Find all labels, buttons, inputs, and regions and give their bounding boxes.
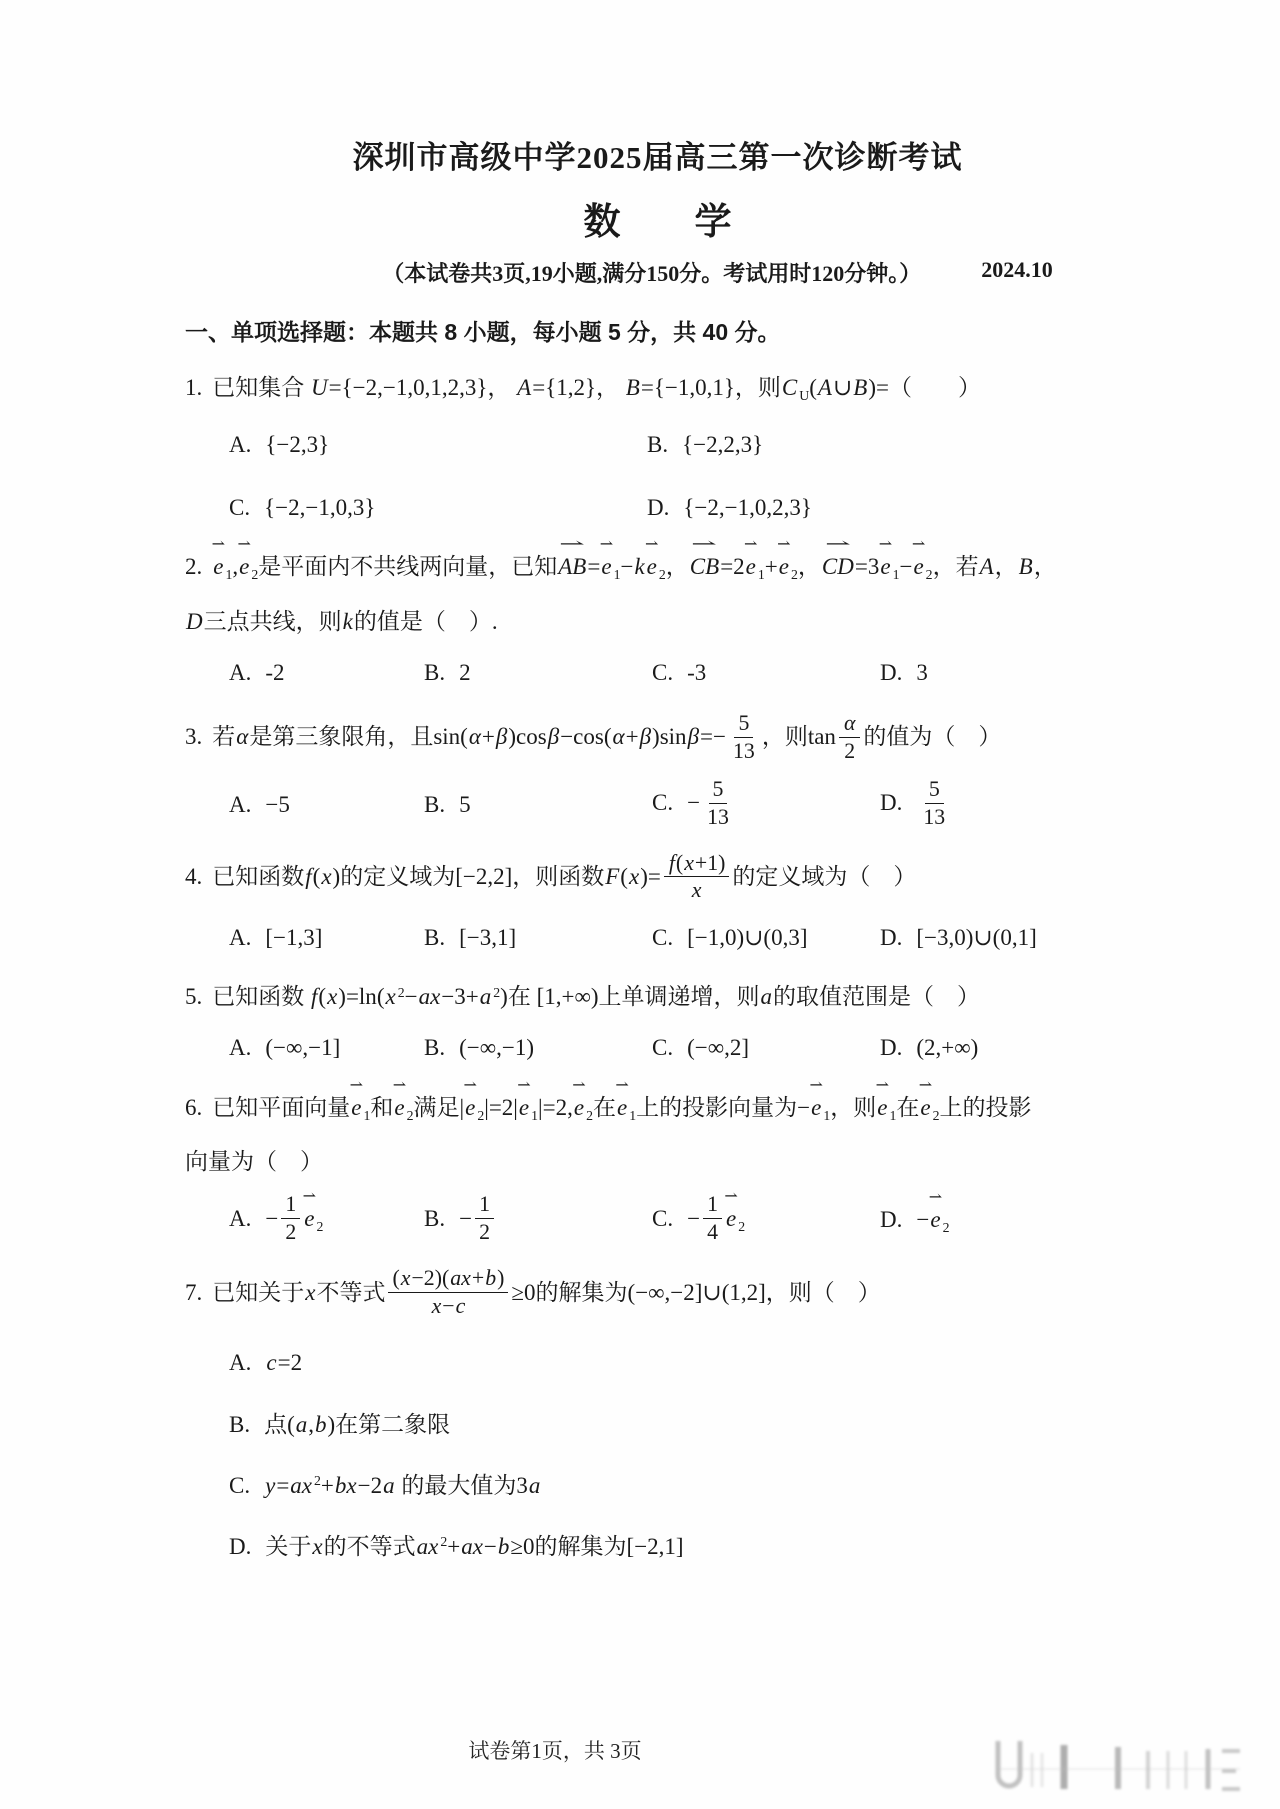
option-value: −12⇀e2 <box>265 1206 323 1231</box>
option-label: A. <box>229 1035 251 1060</box>
question-number: 2. <box>185 554 202 579</box>
question-stem-text: 若α是第三象限角，且sin(α+β)cosβ−cos(α+β)sinβ=−513… <box>212 724 1001 749</box>
question-4-option-c: C.[−1,0)∪(0,3] <box>652 919 880 956</box>
question-7-option-a: A.c=2 <box>229 1344 1130 1381</box>
question-stem-text: 已知函数f(x)的定义域为[−2,2]，则函数F(x)=f(x+1)x的定义域为… <box>212 864 916 889</box>
option-label: C. <box>652 660 673 685</box>
question-3-option-c: C.−513 <box>652 779 880 831</box>
option-label: D. <box>880 1207 902 1232</box>
option-value: −⇀e2 <box>916 1207 949 1232</box>
question-1-option-b: B.{−2,2,3} <box>647 426 1130 463</box>
question-stem-text: 已知集合 U={−2,−1,0,1,2,3}， A={1,2}， B={−1,0… <box>212 375 981 400</box>
question-1-option-a: A.{−2,3} <box>229 426 647 463</box>
option-label: B. <box>424 792 445 817</box>
question-5-stem: 5.已知函数 f(x)=ln(x2−ax−3+a2)在 [1,+∞)上单调递增，… <box>185 978 1130 1015</box>
question-2-options: A.-2 B.2 C.-3 D.3 <box>229 654 1130 691</box>
question-5-option-a: A.(−∞,−1] <box>229 1029 424 1066</box>
section-heading: 一、单项选择题：本题共 8 小题，每小题 5 分，共 40 分。 <box>185 314 1130 347</box>
option-label: C. <box>652 1035 673 1060</box>
option-value: [−3,0)∪(0,1] <box>916 925 1036 950</box>
option-label: B. <box>229 1412 250 1437</box>
option-label: D. <box>880 925 902 950</box>
page-title: 深圳市高级中学2025届高三第一次诊断考试 <box>185 0 1130 177</box>
question-2-stem: 2.⇀e1,⇀e2是平面内不共线两向量，已知⇀AB=⇀e1−k⇀e2，⇀CB=2… <box>185 548 1130 587</box>
question-number: 3. <box>185 724 202 749</box>
question-1-stem: 1.已知集合 U={−2,−1,0,1,2,3}， A={1,2}， B={−1… <box>185 369 1130 408</box>
option-value: {−2,2,3} <box>682 432 763 457</box>
option-value: -3 <box>687 660 706 685</box>
option-label: D. <box>229 1534 251 1559</box>
option-label: B. <box>424 660 445 685</box>
option-value: 3 <box>916 660 928 685</box>
question-6-option-d: D.−⇀e2 <box>880 1201 1130 1240</box>
option-value: -2 <box>265 660 284 685</box>
question-5: 5.已知函数 f(x)=ln(x2−ax−3+a2)在 [1,+∞)上单调递增，… <box>185 978 1130 1067</box>
question-2-option-d: D.3 <box>880 654 1130 691</box>
question-7-option-b: B.点(a,b)在第二象限 <box>229 1406 1130 1443</box>
option-value: {−2,−1,0,3} <box>264 495 375 520</box>
question-stem-text: ⇀e1,⇀e2是平面内不共线两向量，已知⇀AB=⇀e1−k⇀e2，⇀CB=2⇀e… <box>212 554 1056 579</box>
option-value: −513 <box>687 790 736 815</box>
question-5-options: A.(−∞,−1] B.(−∞,−1) C.(−∞,2] D.(2,+∞) <box>229 1029 1130 1066</box>
option-label: D. <box>880 1035 902 1060</box>
question-stem-text: 已知平面向量⇀e1和⇀e2满足|⇀e2|=2|⇀e1|=2,⇀e2在⇀e1上的投… <box>212 1095 1031 1120</box>
option-value: 5 <box>459 792 471 817</box>
option-value: −5 <box>265 792 289 817</box>
question-4-stem: 4.已知函数f(x)的定义域为[−2,2]，则函数F(x)=f(x+1)x的定义… <box>185 853 1130 905</box>
option-label: A. <box>229 1206 251 1231</box>
question-2-option-a: A.-2 <box>229 654 424 691</box>
option-label: C. <box>229 1473 250 1498</box>
option-value: {−2,3} <box>265 432 329 457</box>
question-number: 5. <box>185 984 202 1009</box>
question-7-stem: 7.已知关于x不等式(x−2)(ax+b)x−c≥0的解集为(−∞,−2]∪(1… <box>185 1268 1130 1320</box>
question-5-option-c: C.(−∞,2] <box>652 1029 880 1066</box>
page-footer: 试卷第1页，共 3页 <box>0 1735 1110 1765</box>
option-value: −14⇀e2 <box>687 1206 745 1231</box>
option-label: D. <box>880 660 902 685</box>
exam-info-row: （本试卷共3页,19小题,满分150分。考试用时120分钟。） 2024.10 <box>185 257 1130 288</box>
option-value: (−∞,2] <box>687 1035 749 1060</box>
option-label: A. <box>229 660 251 685</box>
option-label: A. <box>229 792 251 817</box>
option-value: [−1,3] <box>265 925 322 950</box>
question-3-option-a: A.−5 <box>229 786 424 823</box>
question-4-option-b: B.[−3,1] <box>424 919 652 956</box>
option-label: B. <box>424 1206 445 1231</box>
question-1: 1.已知集合 U={−2,−1,0,1,2,3}， A={1,2}， B={−1… <box>185 369 1130 526</box>
option-label: B. <box>424 1035 445 1060</box>
option-label: B. <box>647 432 668 457</box>
question-2-stem-line2: D三点共线，则k的值是（ ）. <box>185 603 1130 640</box>
option-value: [−1,0)∪(0,3] <box>687 925 807 950</box>
page-content: 深圳市高级中学2025届高三第一次诊断考试 数 学 （本试卷共3页,19小题,满… <box>0 0 1280 1565</box>
question-3: 3.若α是第三象限角，且sin(α+β)cosβ−cos(α+β)sinβ=−5… <box>185 713 1130 831</box>
question-1-option-c: C.{−2,−1,0,3} <box>229 489 647 526</box>
option-value: 点(a,b)在第二象限 <box>264 1412 450 1437</box>
question-3-options: A.−5 B.5 C.−513 D.513 <box>229 779 1130 831</box>
option-value: (2,+∞) <box>916 1035 978 1060</box>
question-4: 4.已知函数f(x)的定义域为[−2,2]，则函数F(x)=f(x+1)x的定义… <box>185 853 1130 956</box>
option-label: C. <box>652 925 673 950</box>
option-value: 关于x的不等式ax2+ax−b≥0的解集为[−2,1] <box>265 1534 683 1559</box>
question-2-option-b: B.2 <box>424 654 652 691</box>
exam-paper-page: 深圳市高级中学2025届高三第一次诊断考试 数 学 （本试卷共3页,19小题,满… <box>0 0 1280 1809</box>
exam-info: （本试卷共3页,19小题,满分150分。考试用时120分钟。） <box>382 257 921 288</box>
question-6: 6.已知平面向量⇀e1和⇀e2满足|⇀e2|=2|⇀e1|=2,⇀e2在⇀e1上… <box>185 1089 1130 1247</box>
question-3-stem: 3.若α是第三象限角，且sin(α+β)cosβ−cos(α+β)sinβ=−5… <box>185 713 1130 765</box>
option-value: 2 <box>459 660 471 685</box>
question-number: 7. <box>185 1280 202 1305</box>
question-stem-text: 已知关于x不等式(x−2)(ax+b)x−c≥0的解集为(−∞,−2]∪(1,2… <box>212 1280 881 1305</box>
question-2-option-c: C.-3 <box>652 654 880 691</box>
question-2: 2.⇀e1,⇀e2是平面内不共线两向量，已知⇀AB=⇀e1−k⇀e2，⇀CB=2… <box>185 548 1130 691</box>
question-3-option-d: D.513 <box>880 779 1130 831</box>
question-1-options: A.{−2,3} B.{−2,2,3} C.{−2,−1,0,3} D.{−2,… <box>229 426 1130 527</box>
question-6-options: A.−12⇀e2 B.−12 C.−14⇀e2 D.−⇀e2 <box>229 1194 1130 1246</box>
question-7-option-c: C.y=ax2+bx−2a 的最大值为3a <box>229 1467 1130 1504</box>
option-label: A. <box>229 925 251 950</box>
question-4-options: A.[−1,3] B.[−3,1] C.[−1,0)∪(0,3] D.[−3,0… <box>229 919 1130 956</box>
question-1-option-d: D.{−2,−1,0,2,3} <box>647 489 1130 526</box>
question-4-option-d: D.[−3,0)∪(0,1] <box>880 919 1130 956</box>
question-number: 4. <box>185 864 202 889</box>
question-5-option-b: B.(−∞,−1) <box>424 1029 652 1066</box>
option-label: A. <box>229 1350 251 1375</box>
scan-artifact <box>990 1735 1250 1795</box>
question-stem-text: 已知函数 f(x)=ln(x2−ax−3+a2)在 [1,+∞)上单调递增，则a… <box>212 984 980 1009</box>
option-value: [−3,1] <box>459 925 516 950</box>
question-6-option-c: C.−14⇀e2 <box>652 1194 880 1246</box>
question-4-option-a: A.[−1,3] <box>229 919 424 956</box>
option-value: 513 <box>916 790 952 815</box>
option-value: y=ax2+bx−2a 的最大值为3a <box>264 1473 541 1498</box>
question-5-option-d: D.(2,+∞) <box>880 1029 1130 1066</box>
option-label: D. <box>647 495 669 520</box>
option-value: −12 <box>459 1206 497 1231</box>
option-label: D. <box>880 790 902 815</box>
option-label: C. <box>652 1206 673 1231</box>
option-value: (−∞,−1) <box>459 1035 534 1060</box>
question-6-option-a: A.−12⇀e2 <box>229 1194 424 1246</box>
option-value: (−∞,−1] <box>265 1035 340 1060</box>
option-value: c=2 <box>265 1350 302 1375</box>
question-number: 6. <box>185 1095 202 1120</box>
question-3-option-b: B.5 <box>424 786 652 823</box>
question-number: 1. <box>185 375 202 400</box>
question-7-option-d: D.关于x的不等式ax2+ax−b≥0的解集为[−2,1] <box>229 1528 1130 1565</box>
option-value: {−2,−1,0,2,3} <box>683 495 812 520</box>
subject-title: 数 学 <box>185 191 1130 245</box>
option-label: C. <box>652 790 673 815</box>
option-label: B. <box>424 925 445 950</box>
question-6-stem-line2: 向量为（ ） <box>185 1143 1130 1180</box>
option-label: C. <box>229 495 250 520</box>
option-label: A. <box>229 432 251 457</box>
question-6-stem: 6.已知平面向量⇀e1和⇀e2满足|⇀e2|=2|⇀e1|=2,⇀e2在⇀e1上… <box>185 1089 1130 1128</box>
question-7: 7.已知关于x不等式(x−2)(ax+b)x−c≥0的解集为(−∞,−2]∪(1… <box>185 1268 1130 1565</box>
question-6-option-b: B.−12 <box>424 1194 652 1246</box>
exam-date: 2024.10 <box>981 257 1053 288</box>
